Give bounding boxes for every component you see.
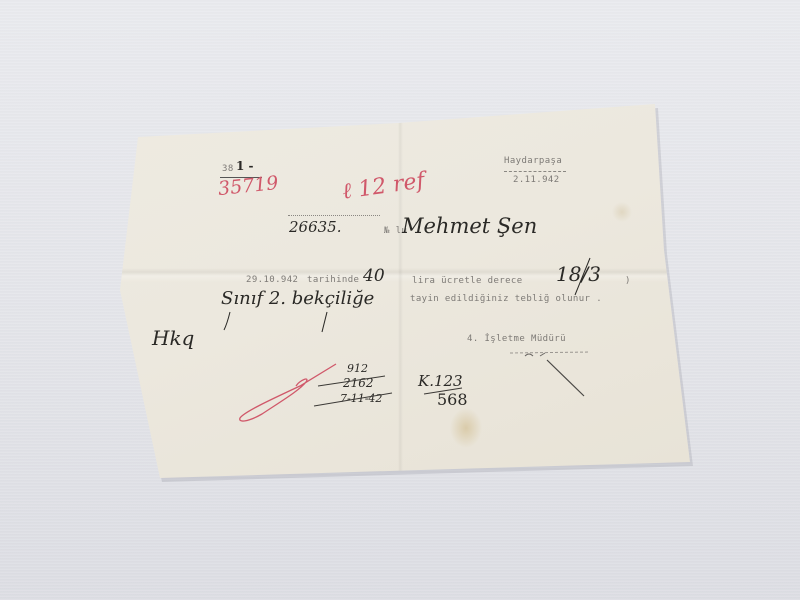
- k-number-bottom: 568: [437, 390, 468, 409]
- line1-date: 29.10.942: [246, 275, 298, 285]
- ref-prefix: 38: [222, 164, 234, 174]
- signature-title: 4. İşletme Müdürü: [467, 334, 566, 344]
- k-number-top: K.123: [418, 372, 463, 390]
- line1-amount: 40: [363, 266, 385, 286]
- registry-number: 26635.: [289, 218, 342, 236]
- line1-grade: 18/3: [556, 262, 601, 286]
- line1-bracket: ): [625, 276, 631, 286]
- left-initials: Hkq: [152, 326, 194, 350]
- fraction-mid: 2162: [343, 376, 374, 390]
- line1-text: lira ücretle derece: [412, 276, 523, 286]
- fraction-bottom: 7-11-42: [340, 392, 382, 405]
- line1-tarihinde: tarihinde: [307, 275, 359, 285]
- line2-text: tayin edildiğiniz tebliğ olunur .: [410, 294, 602, 304]
- line2-position: Sınıf 2. bekçiliğe: [221, 288, 374, 309]
- place-name: Haydarpaşa: [504, 156, 562, 166]
- registry-dotline: [288, 215, 380, 216]
- document-date: 2.11.942: [513, 175, 560, 185]
- recipient-name: Mehmet Şen: [402, 214, 537, 238]
- place-underline: [504, 171, 566, 172]
- ref-digit: 1 -: [236, 159, 254, 173]
- fraction-top: 912: [347, 362, 368, 375]
